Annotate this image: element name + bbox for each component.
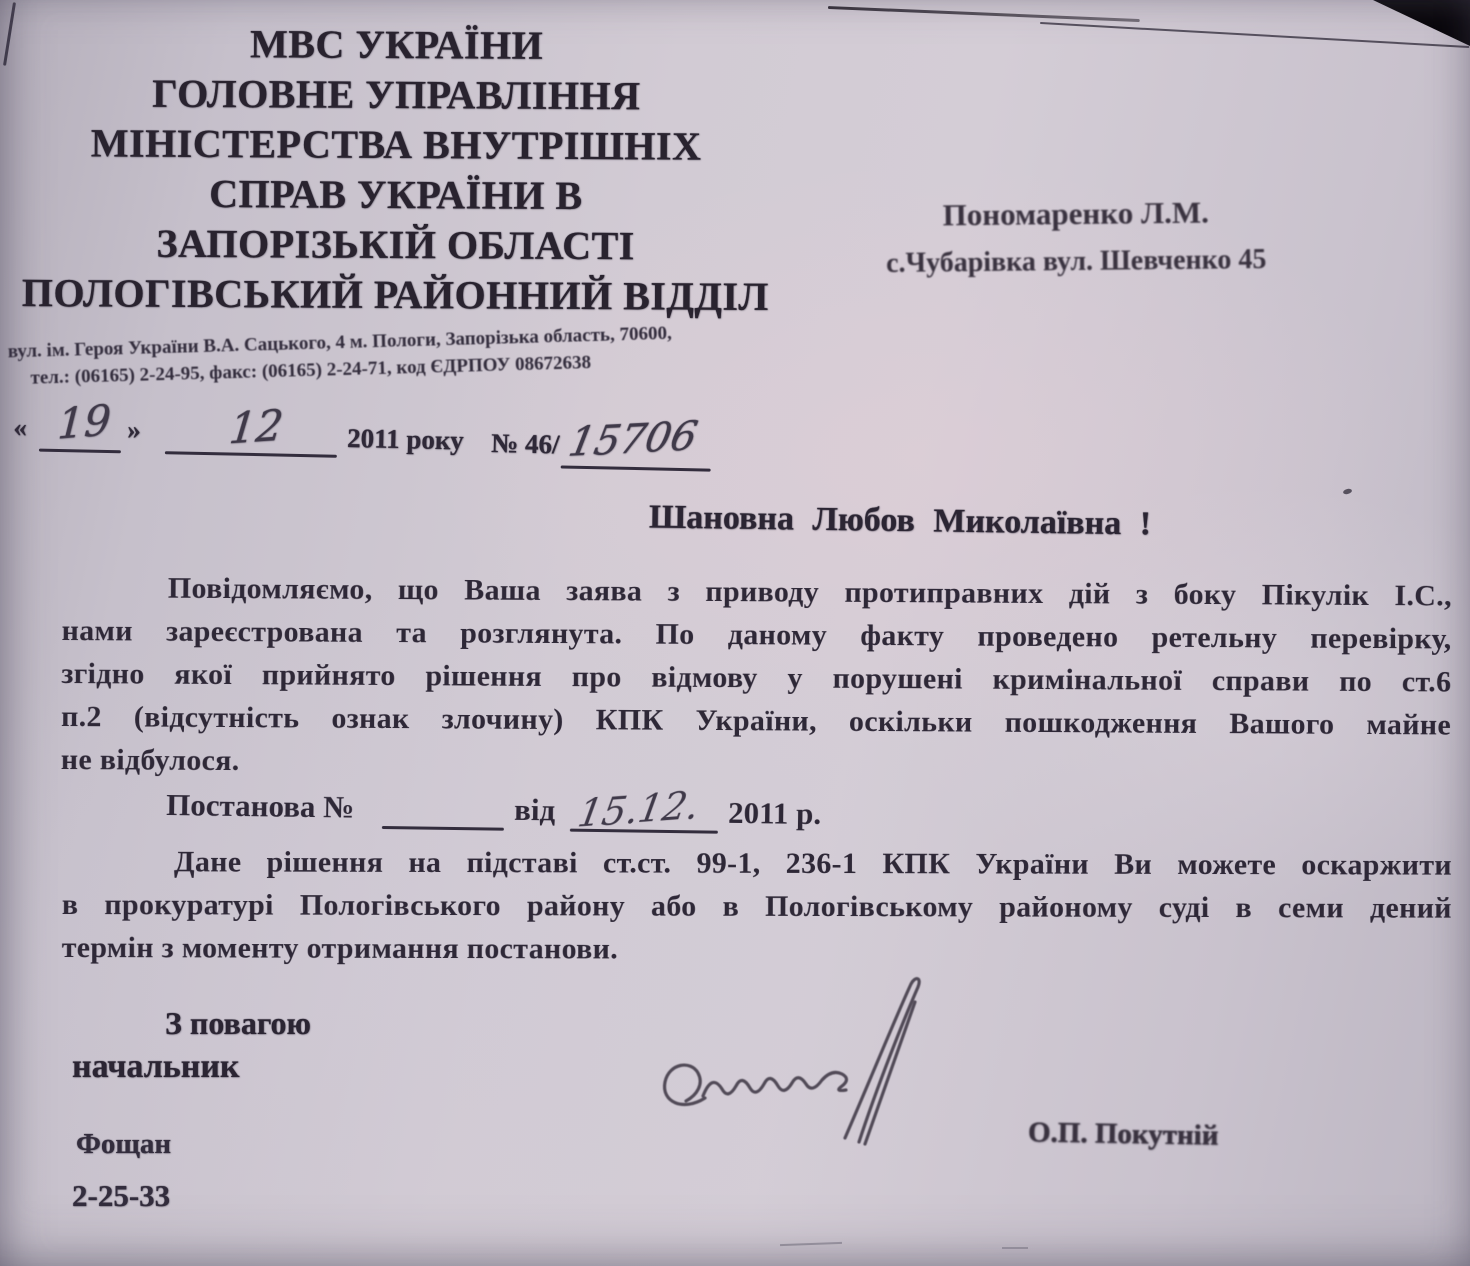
addressee-address: с.Чубарівка вул. Шевченко 45 [837, 242, 1315, 281]
paper-crease-line [828, 6, 1140, 22]
signature-scribble [645, 970, 975, 1155]
ink-speck [1343, 488, 1353, 495]
closing-regards: З повагою [165, 1005, 311, 1042]
appeal-paragraph: Дане рішення на підставі ст.ст. 99-1, 23… [62, 840, 1452, 973]
resolution-year: 2011 р. [728, 795, 822, 832]
letterhead-line: ПОЛОГІВСЬКИЙ РАЙОННИЙ ВІДДІЛ [0, 268, 791, 322]
signer-title: начальник [72, 1048, 240, 1086]
salutation: Шановна Любов Миколаївна ! [470, 496, 1330, 546]
paper-crease-line [1040, 22, 1469, 48]
number-blank-line [561, 465, 711, 471]
resolution-preposition: від [514, 792, 556, 829]
appeal-line: в прокуратурі Пологівського району або в… [62, 883, 1452, 930]
body-line: п.2 (відсутність ознак злочину) КПК Укра… [61, 695, 1451, 746]
letterhead-line: ЗАПОРІЗЬКІЙ ОБЛАСТІ [0, 218, 792, 272]
body-line: не відбулося. [61, 738, 1451, 789]
date-number-line: « 19 » 12 2011 року № 46/ 15706 [12, 398, 933, 495]
letterhead-line: МІНІСТЕРСТВА ВНУТРІШНІХ [0, 118, 792, 172]
faint-mark [780, 1242, 842, 1246]
addressee-block: Пономаренко Л.М. с.Чубарівка вул. Шевчен… [837, 193, 1316, 281]
photo-corner-background [1373, 0, 1470, 46]
handwritten-month: 12 [227, 401, 286, 454]
faint-mark [1002, 1247, 1028, 1249]
handwritten-number: 15706 [565, 414, 701, 467]
appeal-line: Дане рішення на підставі ст.ст. 99-1, 23… [62, 840, 1452, 887]
scanned-letter-page: МВС УКРАЇНИ ГОЛОВНЕ УПРАВЛІННЯ МІНІСТЕРС… [0, 0, 1470, 1266]
resolution-number-blank [382, 826, 504, 831]
resolution-label: Постанова № [166, 787, 355, 826]
quote-open: « [13, 412, 27, 443]
addressee-name: Пономаренко Л.М. [837, 193, 1315, 234]
letterhead-line: ГОЛОВНЕ УПРАВЛІННЯ [0, 68, 792, 122]
quote-close: » [127, 414, 141, 445]
handwritten-day: 19 [56, 395, 112, 449]
org-letterhead: МВС УКРАЇНИ ГОЛОВНЕ УПРАВЛІННЯ МІНІСТЕРС… [0, 18, 793, 322]
body-paragraph: Повідомляємо, що Ваша заява з приводу пр… [61, 566, 1452, 789]
day-blank-line [39, 449, 121, 454]
letterhead-line: МВС УКРАЇНИ [1, 18, 793, 72]
signer-name: О.П. Покутній [1028, 1116, 1219, 1152]
executor-name: Фощан [76, 1128, 171, 1161]
executor-phone: 2-25-33 [72, 1178, 170, 1214]
org-contact-block: вул. ім. Героя України В.А. Сацького, 4 … [7, 318, 750, 393]
handwritten-resolution-date: 15.12. [574, 783, 702, 837]
outgoing-number-label: № 46/ [491, 428, 560, 460]
letterhead-line: СПРАВ УКРАЇНИ В [0, 168, 792, 222]
appeal-line: термін з моменту отримання постанови. [62, 926, 1452, 973]
year-label: 2011 року [347, 423, 464, 456]
